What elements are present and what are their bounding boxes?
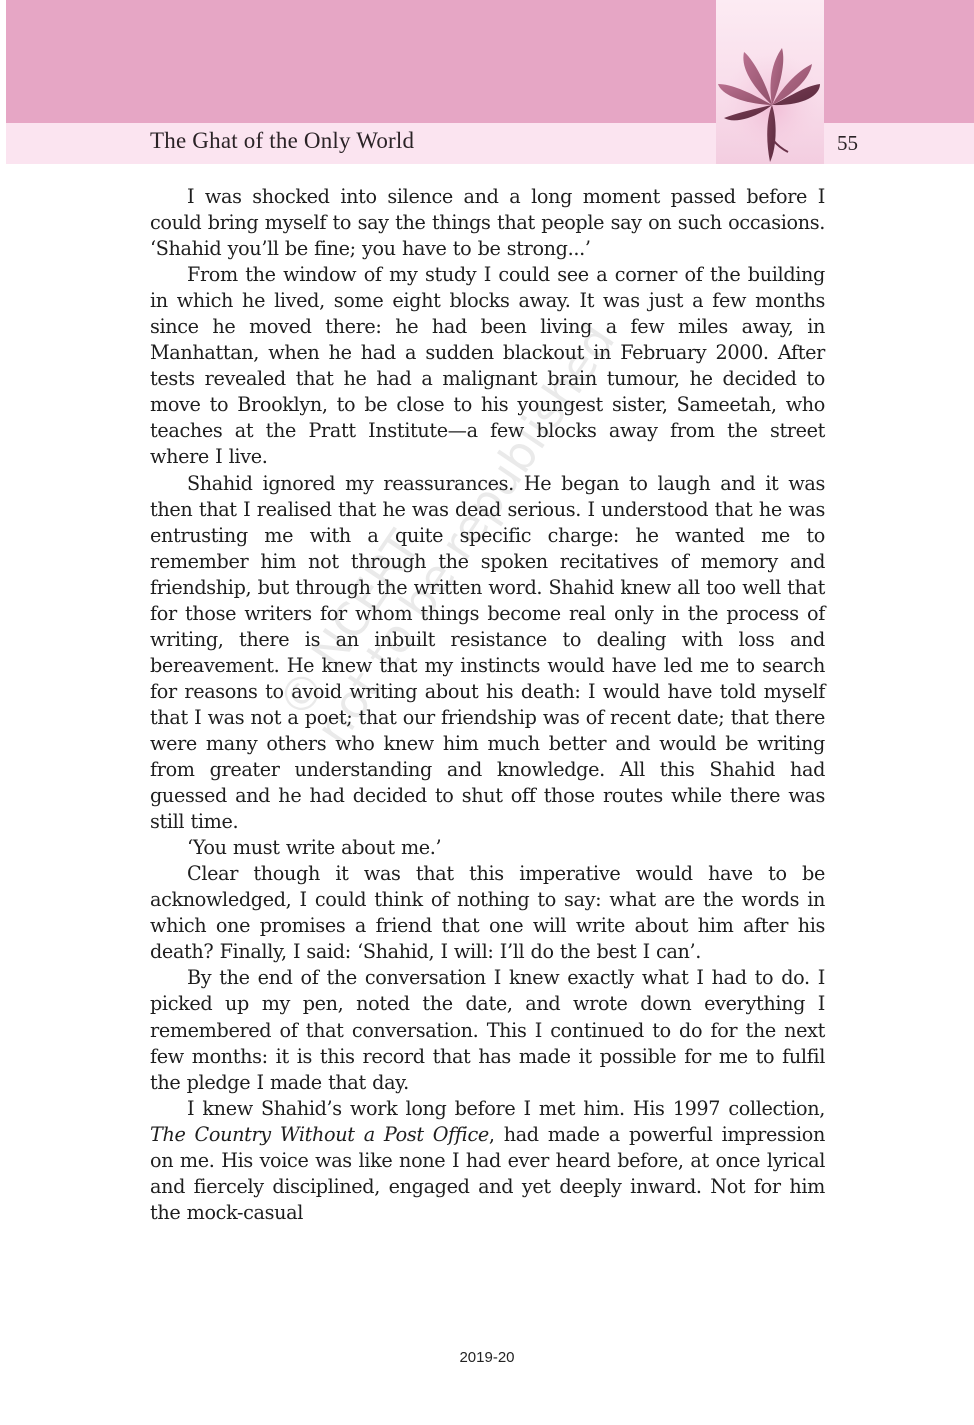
paragraph: Shahid ignored my reassurances. He began…	[150, 471, 825, 836]
footer-year: 2019-20	[0, 1349, 974, 1366]
paragraph: From the window of my study I could see …	[150, 262, 825, 470]
text-run: I knew Shahid’s work long before I met h…	[187, 1097, 825, 1120]
paragraph: By the end of the conversation I knew ex…	[150, 965, 825, 1095]
paragraph: Clear though it was that this imperative…	[150, 861, 825, 965]
running-title: The Ghat of the Only World	[150, 128, 414, 154]
page-number: 55	[837, 131, 858, 156]
paragraph-with-book-title: I knew Shahid’s work long before I met h…	[150, 1096, 825, 1226]
paragraph: ‘You must write about me.’	[150, 835, 825, 861]
book-title: The Country Without a Post Office	[150, 1123, 489, 1146]
body-text: I was shocked into silence and a long mo…	[150, 184, 825, 1226]
header-band	[6, 0, 974, 123]
leaf-icon	[716, 0, 824, 164]
paragraph: I was shocked into silence and a long mo…	[150, 184, 825, 262]
leaf-ornament-panel	[716, 0, 824, 164]
